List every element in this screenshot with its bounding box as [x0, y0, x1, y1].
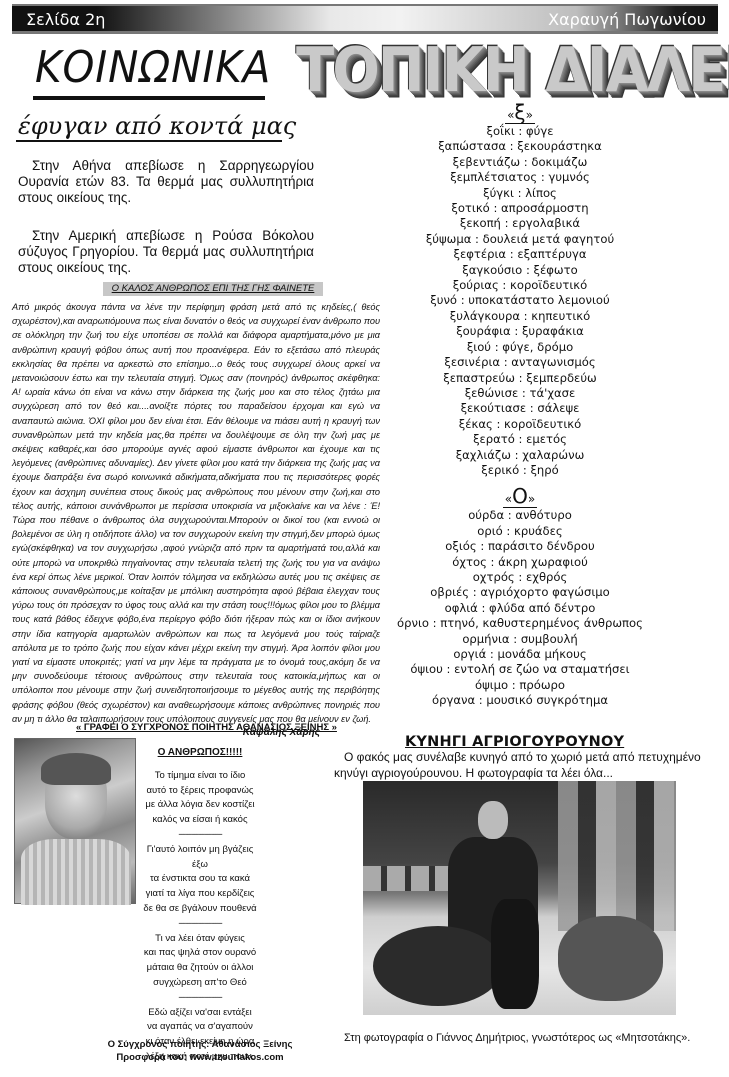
subtitle-underline [16, 140, 282, 142]
hunt-text: Ο φακός μας συνέλαβε κυνηγό από το χωριό… [334, 750, 724, 781]
poem-line: συγχώρεση απ'το Θεό [140, 976, 260, 991]
dict-entry: ξύγκι : λίπος [380, 186, 660, 201]
dict-entry: όρνιο : πτηνό, καθυστερημένος άνθρωπος [380, 616, 660, 631]
dialect-banner: ΤΟΠΙΚΗ ΔΙΑΛΕΚΤΟΣ [296, 37, 720, 105]
dict-entry: ξεβεντιάζω : δοκιμάζω [380, 155, 660, 170]
dict-entry: ξαγκούσιο : ξέφωτο [380, 263, 660, 278]
poem-line: αυτό το ξέρεις προφανώς [140, 784, 260, 799]
dict-entry: ξυνό : υποκατάστατο λεμονιού [380, 293, 660, 308]
hunt-photo [363, 781, 676, 1015]
poem-separator: -------------------- [140, 917, 260, 932]
dict-entry: όψιμο : πρόωρο [380, 678, 660, 693]
dict-entry: ξέκας : κοροϊδευτικό [380, 417, 660, 432]
dict-entries: ούρδα : ανθότυροοριό : κρυάδεςοξιός : πα… [380, 508, 660, 708]
dict-entry: όχτος : άκρη χωραφιού [380, 555, 660, 570]
poem-title: Ο ΑΝΘΡΩΠΟΣ!!!!! [140, 746, 260, 761]
dict-entry: ούρδα : ανθότυρο [380, 508, 660, 523]
dict-entries: ξοΐκι : φύγεξαπώστασα : ξεκουράστηκαξεβε… [380, 124, 660, 478]
dict-entry: ξοΐκι : φύγε [380, 124, 660, 139]
poem-line: να αγαπάς να σ'αγαπούν [140, 1020, 260, 1035]
dict-entry: οξιός : παράσιτο δένδρου [380, 539, 660, 554]
poem-credit-source: Προσφορά του: www.tzourlakos.com [100, 1052, 300, 1065]
dict-entry: ξουράφια : ξυραφάκια [380, 324, 660, 339]
dict-entry: ξιού : φύγε, δρόμο [380, 340, 660, 355]
poem-line: Εδώ αξίζει να'σαι εντάξει [140, 1006, 260, 1021]
page-header-bar: Σελίδα 2η Χαραυγή Πωγωνίου [12, 4, 718, 34]
dict-entry: ξοτικό : απροσάρμοστη [380, 201, 660, 216]
poem-separator: -------------------- [140, 991, 260, 1006]
poem-line: μάταια θα ζητούν οι άλλοι [140, 961, 260, 976]
publication-name: Χαραυγή Πωγωνίου [548, 10, 706, 29]
poem: Ο ΑΝΘΡΩΠΟΣ!!!!! Το τίμημα είναι το ίδιο … [140, 746, 260, 1065]
poem-stanza-2: Γι'αυτό λοιπόν μη βγάζεις έξω τα ένστικτ… [140, 843, 260, 917]
dialect-dictionary: «ξ» ξοΐκι : φύγεξαπώστασα : ξεκουράστηκα… [380, 104, 660, 709]
poem-line: τα ένστικτα σου τα κακά [140, 872, 260, 887]
dict-entry: οβριές : αγριόχορτο φαγώσιμο [380, 585, 660, 600]
photo-hair [41, 753, 111, 785]
poem-stanza-1: Το τίμημα είναι το ίδιο αυτό το ξέρεις π… [140, 769, 260, 828]
dict-entry: όψιου : εντολή σε ζώο να σταματήσει [380, 662, 660, 677]
dict-letter-heading: «ξ» [505, 104, 535, 124]
hunter-head [478, 801, 508, 839]
dict-entry: ξεκούτιασε : σάλεψε [380, 401, 660, 416]
dict-entry: ξερατό : εμετός [380, 432, 660, 447]
photo-shirt [21, 839, 131, 905]
dict-entry: ξεθώνισε : τά'χασε [380, 386, 660, 401]
dict-letter: ξ [514, 100, 525, 124]
photo-boar [558, 916, 663, 1001]
dict-letter-heading: «Ο» [503, 488, 537, 508]
dict-entry: ξαχλιάζω : χαλαρώνω [380, 448, 660, 463]
poem-stanza-3: Τι να λέει όταν φύγεις και πας ψηλά στον… [140, 932, 260, 991]
hunt-photo-caption: Στη φωτογραφία ο Γιάννος Δημήτριος, γνωσ… [334, 1031, 724, 1045]
dict-entry: όργανα : μουσικό συγκρότημα [380, 693, 660, 708]
poem-separator: -------------------- [140, 828, 260, 843]
poem-credit-author: Ο Σύγχρονος ποιητής: Αθανάσιος Ξείνης [100, 1039, 300, 1052]
poem-section-header: « ΓΡΑΦΕΙ Ο ΣΥΓΧΡΟΝΟΣ ΠΟΙΗΤΗΣ ΑΘΑΝΑΣΙΟΣ Ξ… [76, 722, 337, 733]
poem-line: Το τίμημα είναι το ίδιο [140, 769, 260, 784]
article-title: Ο ΚΑΛΟΣ ΑΝΘΡΩΠΟΣ ΕΠΙ ΤΗΣ ΓΗΣ ΦΑΙΝΕΤΕ [103, 282, 323, 296]
poem-line: καλός να είσαι ή κακός [140, 813, 260, 828]
poet-photo [14, 738, 136, 904]
poem-line: με άλλα λόγια δεν κοστίζει [140, 798, 260, 813]
page-number: Σελίδα 2η [26, 10, 105, 29]
dict-section-xi: «ξ» ξοΐκι : φύγεξαπώστασα : ξεκουράστηκα… [380, 104, 660, 478]
poem-line: και πας ψηλά στον ουρανό [140, 946, 260, 961]
poem-line: Γι'αυτό λοιπόν μη βγάζεις έξω [140, 843, 260, 873]
photo-boar [373, 926, 503, 1006]
photo-bystanders [558, 781, 676, 931]
dict-entry: ξυλάγκουρα : κηπευτικό [380, 309, 660, 324]
dict-section-omicron: «Ο» ούρδα : ανθότυροοριό : κρυάδεςοξιός … [380, 488, 660, 708]
dict-entry: οργιά : μονάδα μήκους [380, 647, 660, 662]
dict-entry: ξαπώστασα : ξεκουράστηκα [380, 139, 660, 154]
poem-line: Τι να λέει όταν φύγεις [140, 932, 260, 947]
title-underline [33, 96, 265, 100]
dict-entry: ξερικό : ξηρό [380, 463, 660, 478]
poem-line: γιατί τα λίγα που κερδίζεις [140, 887, 260, 902]
dict-entry: ξεμπλέτσιατος : γυμνός [380, 170, 660, 185]
obituaries-subtitle: έφυγαν από κοντά μας [18, 112, 296, 140]
dict-entry: ξεσινέρια : ανταγωνισμός [380, 355, 660, 370]
obituary-2: Στην Αμερική απεβίωσε η Ρούσα Βόκολου σύ… [18, 228, 314, 276]
article-body: Από μικρός άκουγα πάντα να λένε την περί… [12, 300, 380, 740]
dialect-banner-text: ΤΟΠΙΚΗ ΔΙΑΛΕΚΤΟΣ [296, 35, 729, 107]
obituary-1: Στην Αθήνα απεβίωσε η Σαρρηγεωργίου Ουρα… [18, 158, 314, 206]
article-text: Από μικρός άκουγα πάντα να λένε την περί… [12, 302, 380, 724]
dict-letter: Ο [512, 484, 528, 508]
poem-line: δε θα σε βγάλουν πουθενά [140, 902, 260, 917]
hunt-title: ΚΥΝΗΓΙ ΑΓΡΙΟΓΟΥΡΟΥΝΟΥ [405, 734, 624, 750]
dict-entry: ξεπαστρεύω : ξεμπερδεύω [380, 371, 660, 386]
social-section-title: ΚΟΙΝΩΝΙΚΑ [35, 42, 271, 93]
dict-entry: ορμήνια : συμβουλή [380, 632, 660, 647]
dict-entry: οχτρός : εχθρός [380, 570, 660, 585]
dict-entry: οριό : κρυάδες [380, 524, 660, 539]
photo-dog [491, 899, 539, 1009]
dict-entry: οφλιά : φλύδα από δέντρο [380, 601, 660, 616]
dict-entry: ξεφτέρια : εξαπτέρυγα [380, 247, 660, 262]
dict-entry: ξεκοπή : εργολαβικά [380, 216, 660, 231]
dict-entry: ξύψωμα : δουλειά μετά φαγητού [380, 232, 660, 247]
poem-credit: Ο Σύγχρονος ποιητής: Αθανάσιος Ξείνης Πρ… [100, 1039, 300, 1064]
dict-entry: ξούριας : κοροϊδευτικό [380, 278, 660, 293]
